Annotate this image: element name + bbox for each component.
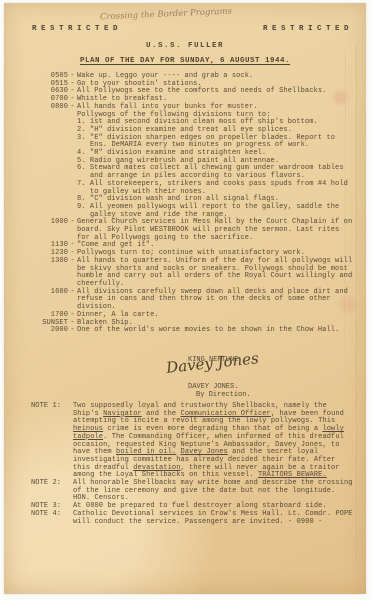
note-text: Catholic Devotional services in Crow's M… (73, 511, 353, 526)
schedule-time: 1300 (31, 258, 68, 289)
schedule-dash: - (68, 258, 77, 289)
schedule-sub-item: 6. Steward mates collect all chewing gum… (77, 165, 354, 180)
schedule-row: 2000-One of the world's worse movies to … (31, 327, 354, 335)
ship-name-title: U.S.S. FULLER (4, 42, 366, 50)
note-row: NOTE 2:All honorable Shellbacks may writ… (31, 480, 353, 503)
handwritten-annotation: Crossing the Border Programs (100, 4, 300, 23)
note-label: NOTE 4: (31, 511, 67, 526)
schedule-dash: - (68, 219, 77, 242)
schedule-text: All hands fall into your bunks for muste… (77, 104, 354, 220)
schedule-text: General Church services in Mess Hall by … (77, 219, 354, 242)
note-label: NOTE 1: (31, 403, 67, 480)
note-text: Two supposedly loyal and trustworthy She… (73, 403, 353, 480)
notes: NOTE 1:Two supposedly loyal and trustwor… (31, 403, 353, 526)
schedule-dash: - (68, 289, 77, 312)
schedule-text: All hands to quarters. Uniform of the da… (77, 258, 354, 289)
schedule-row: 0800-All hands fall into your bunks for … (31, 104, 354, 220)
plan-of-the-day-document: Crossing the Border Programs RESTRICTED … (4, 3, 366, 594)
schedule-row: 1300-All hands to quarters. Uniform of t… (31, 258, 354, 289)
schedule-entry-text: All hands to quarters. Uniform of the da… (77, 258, 354, 289)
classification-stamp-right: RESTRICTED (263, 25, 353, 33)
paper-edge-crease (356, 43, 357, 563)
note-label: NOTE 2: (31, 480, 67, 503)
schedule-dash: - (68, 104, 77, 220)
plan-title: PLAN OF THE DAY FOR SUNDAY, 6 AUGUST 194… (4, 57, 366, 65)
note-row: NOTE 1:Two supposedly loyal and trustwor… (31, 403, 353, 480)
schedule-text: One of the world's worse movies to be sh… (77, 327, 354, 335)
schedule-row: 1600-All divisions carefully sweep down … (31, 289, 354, 312)
by-direction-line: By Direction. (196, 391, 251, 399)
note-text: All honorable Shellbacks may write home … (73, 480, 353, 503)
schedule: 0505-Wake up. Leggo your ---- and grab a… (31, 73, 354, 335)
schedule-time: 1600 (31, 289, 68, 312)
schedule-entry-text: One of the world's worse movies to be sh… (77, 327, 354, 335)
schedule-time: 0800 (31, 104, 68, 220)
signer-name: DAVEY JONES. (188, 383, 251, 391)
note-plain-text: All honorable Shellbacks may write home … (73, 479, 353, 502)
schedule-row: 1000-General Church services in Mess Hal… (31, 219, 354, 242)
schedule-text: All divisions carefully sweep down all d… (77, 289, 354, 312)
schedule-time: 2000 (31, 327, 68, 335)
handwritten-signature: Davey Jones (166, 354, 259, 372)
schedule-sub-item: 7. All storekeepers, strikers and cooks … (77, 181, 354, 196)
schedule-dash: - (68, 327, 77, 335)
schedule-time: 1000 (31, 219, 68, 242)
schedule-entry-text: All divisions carefully sweep down all d… (77, 289, 354, 312)
schedule-sub-item: 9. All yeomen pollywogs will report to t… (77, 204, 354, 219)
photo-background: Crossing the Border Programs RESTRICTED … (0, 0, 371, 600)
note-plain-text: Catholic Devotional services in Crow's M… (73, 510, 353, 526)
classification-stamp-left: RESTRICTED (32, 25, 122, 33)
plan-title-text: PLAN OF THE DAY FOR SUNDAY, 6 AUGUST 194… (80, 57, 290, 65)
schedule-entry-text: General Church services in Mess Hall by … (77, 219, 354, 242)
note-row: NOTE 4:Catholic Devotional services in C… (31, 511, 353, 526)
schedule-sub-item: 3. "E" division sharpen edges on propell… (77, 135, 354, 150)
classification-row: RESTRICTED RESTRICTED (32, 25, 353, 33)
signature-block: KING NEPTUNE Davey Jones DAVEY JONES. By… (188, 356, 251, 399)
